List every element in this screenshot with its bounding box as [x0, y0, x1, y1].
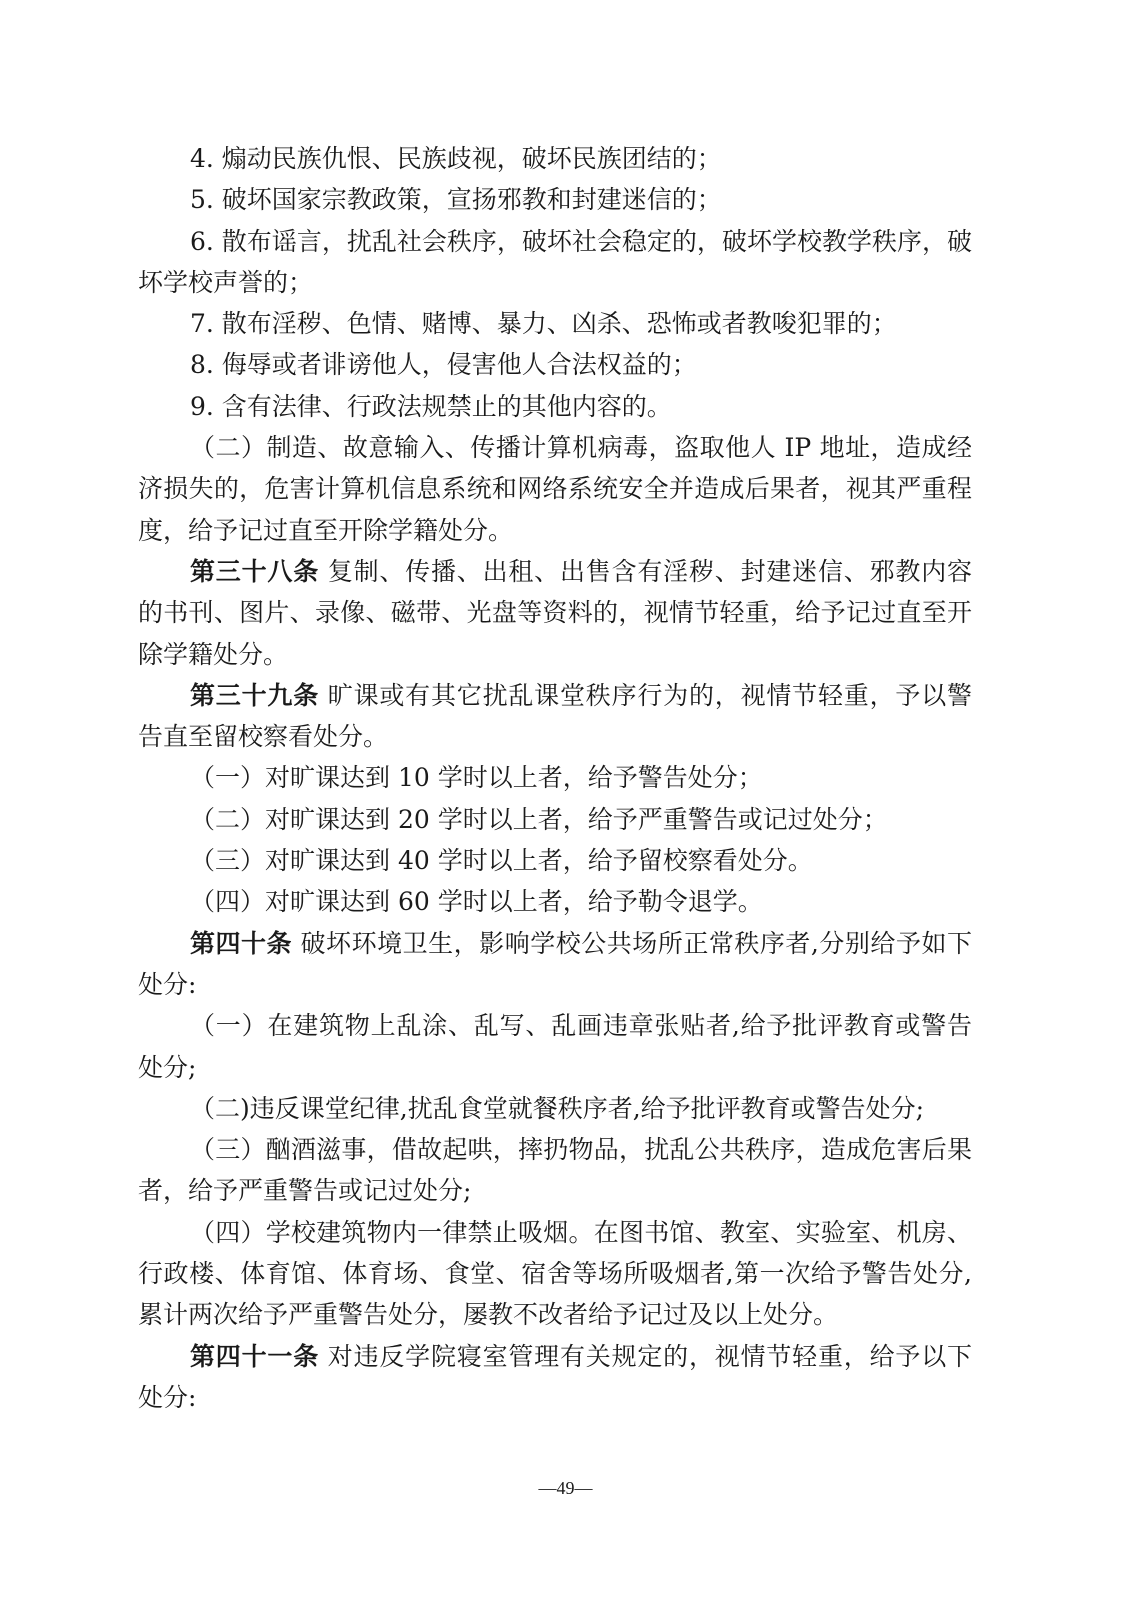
list-item-7: 7. 散布淫秽、色情、赌博、暴力、凶杀、恐怖或者教唆犯罪的；: [138, 303, 972, 344]
paragraph-text: （四）学校建筑物内一律禁止吸烟。在图书馆、教室、实验室、机房、行政楼、体育馆、体…: [138, 1218, 972, 1330]
paragraph-text: 7. 散布淫秽、色情、赌博、暴力、凶杀、恐怖或者教唆犯罪的；: [190, 309, 897, 338]
article-heading: 第四十条: [190, 929, 292, 958]
paragraph-text: （二）对旷课达到 20 学时以上者，给予严重警告或记过处分；: [190, 805, 888, 834]
document-page: 4. 煽动民族仇恨、民族歧视，破坏民族团结的； 5. 破坏国家宗教政策，宣扬邪教…: [138, 138, 972, 1418]
article-38: 第三十八条 复制、传播、出租、出售含有淫秽、封建迷信、邪教内容的书刊、图片、录像…: [138, 551, 972, 675]
paragraph-text: 5. 破坏国家宗教政策，宣扬邪教和封建迷信的；: [190, 185, 722, 214]
paragraph-text: 6. 散布谣言，扰乱社会秩序，破坏社会稳定的，破坏学校教学秩序，破坏学校声誉的；: [138, 227, 972, 297]
article-39-item-2: （二）对旷课达到 20 学时以上者，给予严重警告或记过处分；: [138, 799, 972, 840]
paragraph-text: 9. 含有法律、行政法规禁止的其他内容的。: [190, 392, 672, 421]
list-item-5: 5. 破坏国家宗教政策，宣扬邪教和封建迷信的；: [138, 179, 972, 220]
article-40-item-4: （四）学校建筑物内一律禁止吸烟。在图书馆、教室、实验室、机房、行政楼、体育馆、体…: [138, 1212, 972, 1336]
paragraph-text: （一）对旷课达到 10 学时以上者，给予警告处分；: [190, 763, 763, 792]
list-item-4: 4. 煽动民族仇恨、民族歧视，破坏民族团结的；: [138, 138, 972, 179]
article-40: 第四十条 破坏环境卫生，影响学校公共场所正常秩序者,分别给予如下处分:: [138, 923, 972, 1006]
article-39: 第三十九条 旷课或有其它扰乱课堂秩序行为的，视情节轻重，予以警告直至留校察看处分…: [138, 675, 972, 758]
article-40-item-3: （三）酗酒滋事，借故起哄，摔扔物品，扰乱公共秩序，造成危害后果者，给予严重警告或…: [138, 1129, 972, 1212]
paragraph-text: （二）制造、故意输入、传播计算机病毒，盗取他人 IP 地址，造成经济损失的，危害…: [138, 433, 972, 545]
article-39-item-3: （三）对旷课达到 40 学时以上者，给予留校察看处分。: [138, 840, 972, 881]
article-39-item-4: （四）对旷课达到 60 学时以上者，给予勒令退学。: [138, 881, 972, 922]
article-41: 第四十一条 对违反学院寝室管理有关规定的，视情节轻重，给予以下处分:: [138, 1336, 972, 1419]
list-item-6: 6. 散布谣言，扰乱社会秩序，破坏社会稳定的，破坏学校教学秩序，破坏学校声誉的；: [138, 221, 972, 304]
paragraph-text: （二)违反课堂纪律,扰乱食堂就餐秩序者,给予批评教育或警告处分;: [190, 1094, 924, 1123]
article-39-item-1: （一）对旷课达到 10 学时以上者，给予警告处分；: [138, 757, 972, 798]
paragraph-text: （四）对旷课达到 60 学时以上者，给予勒令退学。: [190, 887, 763, 916]
article-heading: 第四十一条: [190, 1342, 319, 1371]
article-heading: 第三十九条: [190, 681, 319, 710]
paragraph-text: （三）对旷课达到 40 学时以上者，给予留校察看处分。: [190, 846, 813, 875]
page-number: —49—: [0, 1478, 1131, 1499]
article-40-item-1: （一）在建筑物上乱涂、乱写、乱画违章张贴者,给予批评教育或警告处分;: [138, 1005, 972, 1088]
list-item-8: 8. 侮辱或者诽谤他人，侵害他人合法权益的；: [138, 344, 972, 385]
clause-2-computer-virus: （二）制造、故意输入、传播计算机病毒，盗取他人 IP 地址，造成经济损失的，危害…: [138, 427, 972, 551]
paragraph-text: 4. 煽动民族仇恨、民族歧视，破坏民族团结的；: [190, 144, 722, 173]
list-item-9: 9. 含有法律、行政法规禁止的其他内容的。: [138, 386, 972, 427]
article-heading: 第三十八条: [190, 557, 319, 586]
article-40-item-2: （二)违反课堂纪律,扰乱食堂就餐秩序者,给予批评教育或警告处分;: [138, 1088, 972, 1129]
paragraph-text: （一）在建筑物上乱涂、乱写、乱画违章张贴者,给予批评教育或警告处分;: [138, 1011, 972, 1081]
paragraph-text: 8. 侮辱或者诽谤他人，侵害他人合法权益的；: [190, 350, 697, 379]
paragraph-text: （三）酗酒滋事，借故起哄，摔扔物品，扰乱公共秩序，造成危害后果者，给予严重警告或…: [138, 1135, 972, 1205]
